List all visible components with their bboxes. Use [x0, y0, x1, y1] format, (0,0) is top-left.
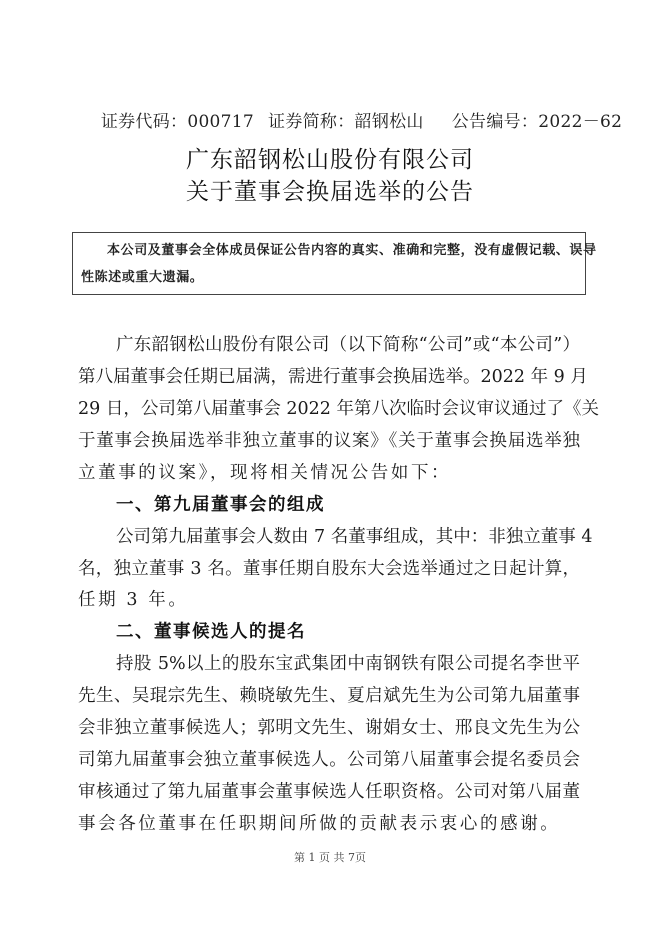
section-2-line: 司第九届董事会独立董事候选人。公司第八届董事会提名委员会	[78, 748, 580, 772]
intro-line: 于董事会换届选举非独立董事的议案》《关于董事会换届选举独	[78, 429, 580, 453]
stock-abbr-label: 证券简称：	[268, 110, 355, 134]
intro-line: 立董事的议案》，现将相关情况公告如下：	[78, 461, 580, 485]
section-1-line: 名，独立董事 3 名。董事任期自股东大会选举通过之日起计算，	[78, 557, 580, 581]
document-page: 证券代码：000717证券简称：韶钢松山公告编号：2022－62 广东韶钢松山股…	[0, 0, 660, 933]
stock-abbr: 韶钢松山	[355, 110, 424, 134]
intro-line: 29 日，公司第八届董事会 2022 年第八次临时会议审议通过了《关	[78, 397, 580, 421]
company-title: 广东韶钢松山股份有限公司	[0, 145, 660, 175]
disclaimer-box: 本公司及董事会全体成员保证公告内容的真实、准确和完整，没有虚假记载、误导 性陈述…	[72, 232, 586, 295]
section-2-heading: 二、董事候选人的提名	[116, 620, 306, 644]
section-2-line: 会非独立董事候选人；郭明文先生、谢娟女士、邢良文先生为公	[78, 716, 580, 740]
intro-line: 第八届董事会任期已届满，需进行董事会换届选举。2022 年 9 月	[78, 365, 580, 389]
intro-line: 广东韶钢松山股份有限公司（以下简称“公司”或“本公司”）	[116, 333, 580, 357]
section-1-heading: 一、第九届董事会的组成	[116, 493, 325, 517]
stock-code-label: 证券代码：	[101, 110, 188, 134]
disclaimer-line-2: 性陈述或重大遗漏。	[81, 264, 577, 291]
section-2-line: 先生、吴琨宗先生、赖晓敏先生、夏启斌先生为公司第九届董事	[78, 684, 580, 708]
section-2-line: 审核通过了第九届董事会董事候选人任职资格。公司对第八届董	[78, 780, 580, 804]
announcement-no-label: 公告编号：	[452, 110, 539, 134]
stock-code: 000717	[187, 110, 254, 134]
section-2-line: 事会各位董事在任职期间所做的贡献表示衷心的感谢。	[78, 812, 580, 836]
disclaimer-line-1: 本公司及董事会全体成员保证公告内容的真实、准确和完整，没有虚假记载、误导	[81, 237, 577, 264]
announcement-no: 2022－62	[538, 110, 622, 134]
section-2-line: 持股 5%以上的股东宝武集团中南钢铁有限公司提名李世平	[116, 652, 580, 676]
announcement-title: 关于董事会换届选举的公告	[0, 177, 660, 207]
section-1-line: 公司第九届董事会人数由 7 名董事组成，其中：非独立董事 4	[116, 525, 580, 549]
section-1-line: 任期 3 年。	[78, 588, 580, 612]
page-indicator: 第 1 页 共 7页	[0, 850, 660, 866]
